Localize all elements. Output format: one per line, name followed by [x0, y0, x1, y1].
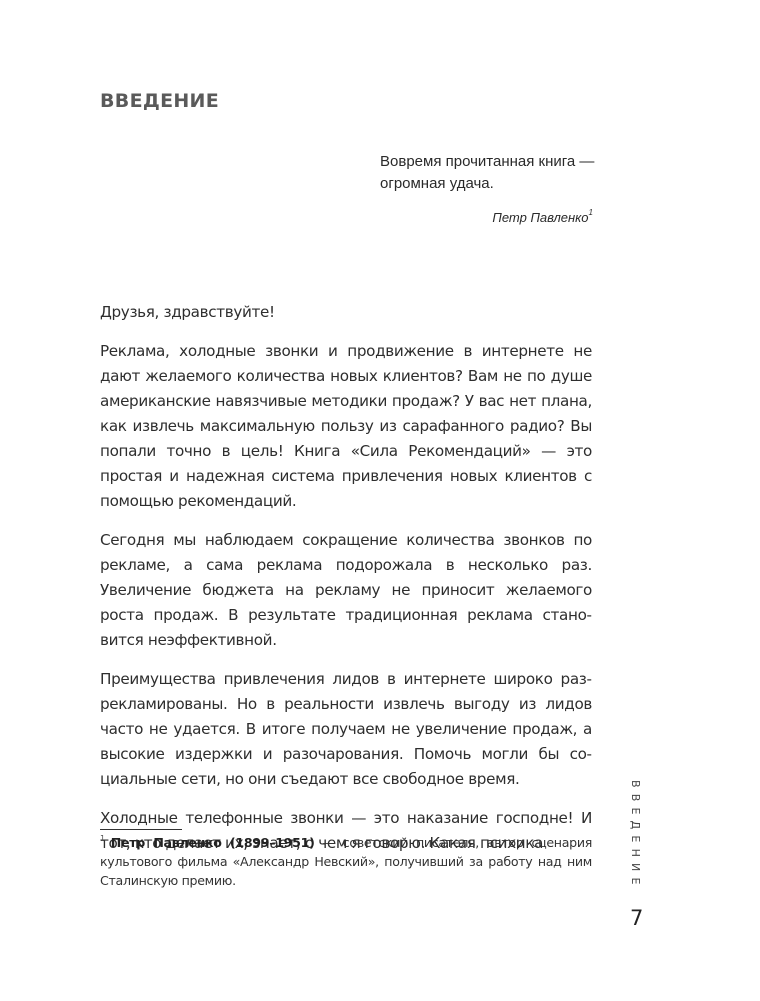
body-text: Друзья, здравствуйте! Реклама, холодные …: [100, 300, 592, 856]
paragraph: Сегодня мы наблюдаем сокращение количест…: [100, 528, 592, 653]
epigraph-author: Петр Павленко1: [380, 207, 593, 229]
paragraph: Реклама, холодные звонки и продвижение в…: [100, 339, 592, 514]
epigraph: Вовремя прочитанная книга — огромная уда…: [380, 151, 600, 229]
epigraph-author-name: Петр Павленко: [492, 210, 588, 225]
running-head: ВВЕДЕНИЕ: [628, 780, 642, 891]
chapter-title: ВВЕДЕНИЕ: [100, 90, 219, 112]
footnote-divider: [100, 829, 182, 830]
page-number: 7: [630, 906, 643, 930]
footnote: 1Петр Павленко (1899–1951) — советский п…: [100, 833, 592, 890]
epigraph-text: Вовремя прочитанная книга — огромная уда…: [380, 151, 600, 195]
footnote-name: Петр Павленко (1899–1951): [111, 835, 315, 850]
paragraph: Преимущества привлечения лидов в интерне…: [100, 667, 592, 792]
paragraph-greeting: Друзья, здравствуйте!: [100, 300, 592, 325]
footnote-mark: 1: [100, 834, 105, 843]
footnote-reference[interactable]: 1: [589, 208, 593, 217]
